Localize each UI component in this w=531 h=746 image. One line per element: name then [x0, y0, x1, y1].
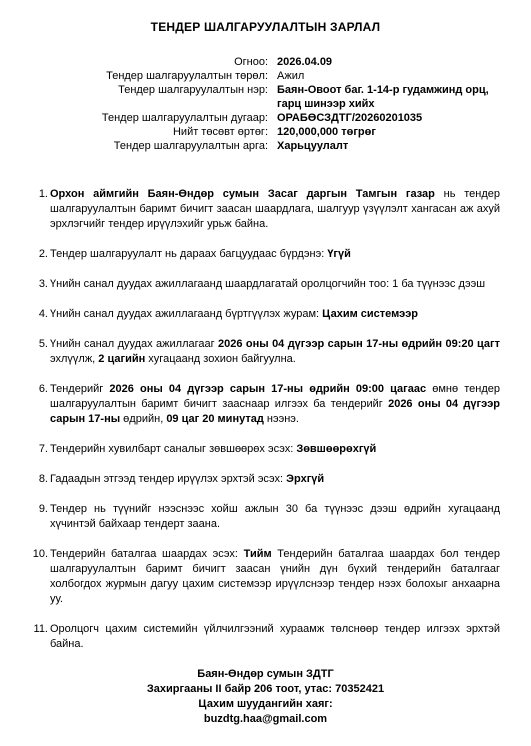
item-number: 9.	[31, 502, 48, 532]
item-text-segment: Тендер шалгаруулалт нь дараах багцуудаас…	[50, 248, 327, 260]
item-number: 4.	[31, 307, 48, 322]
item-text-segment: өдрийн,	[120, 413, 166, 425]
list-item: 2.Тендер шалгаруулалт нь дараах багцууда…	[31, 247, 500, 262]
item-text: Үнийн санал дуудах ажиллагаанд шаардлага…	[50, 277, 500, 292]
list-item: 1.Орхон аймгийн Баян-Өндөр сумын Засаг д…	[31, 187, 500, 232]
item-text: Оролцогч цахим системийн үйлчилгээний ху…	[50, 622, 500, 652]
item-text-segment: Тендерийг	[50, 383, 109, 395]
list-item: 10.Тендерийн баталгаа шаардах эсэх: Тийм…	[31, 547, 500, 607]
item-text-segment: Үнийн санал дуудах ажиллагааг	[50, 338, 218, 350]
item-text-segment: эхлүүлж,	[50, 353, 98, 365]
info-label: Тендер шалгаруулалтын дугаар:	[0, 111, 268, 125]
list-item: 3.Үнийн санал дуудах ажиллагаанд шаардла…	[31, 277, 500, 292]
list-item: 11.Оролцогч цахим системийн үйлчилгээний…	[31, 622, 500, 652]
list-item: 6.Тендерийг 2026 оны 04 дүгээр сарын 17-…	[31, 382, 500, 427]
list-item: 9.Тендер нь түүнийг нээснээс хойш ажлын …	[31, 502, 500, 532]
item-text-bold-segment: 2026 оны 04 дүгээр сарын 17-ны өдрийн 09…	[109, 383, 426, 395]
item-number: 1.	[31, 187, 48, 232]
document-page: ТЕНДЕР ШАЛГАРУУЛАЛТЫН ЗАРЛАЛ Огноо:2026.…	[0, 0, 531, 727]
item-number: 5.	[31, 337, 48, 367]
info-value: Ажил	[277, 69, 508, 83]
item-number: 10.	[31, 547, 48, 607]
footer-line: Цахим шуудангийн хаяг:	[0, 697, 531, 712]
info-label: Тендер шалгаруулалтын арга:	[0, 139, 268, 153]
item-text: Тендер шалгаруулалт нь дараах багцуудаас…	[50, 247, 500, 262]
footer-line: Баян-Өндөр сумын ЗДТГ	[0, 667, 531, 682]
item-number: 2.	[31, 247, 48, 262]
item-text: Тендерийг 2026 оны 04 дүгээр сарын 17-ны…	[50, 382, 500, 427]
item-number: 3.	[31, 277, 48, 292]
item-text: Гадаадын этгээд тендер ирүүлэх эрхтэй эс…	[50, 472, 500, 487]
page-title: ТЕНДЕР ШАЛГАРУУЛАЛТЫН ЗАРЛАЛ	[0, 20, 531, 35]
item-number: 6.	[31, 382, 48, 427]
item-number: 11.	[31, 622, 48, 652]
item-text-segment: Тендерийн хувилбарт саналыг зөвшөөрөх эс…	[50, 443, 296, 455]
item-text: Орхон аймгийн Баян-Өндөр сумын Засаг дар…	[50, 187, 500, 232]
item-text-bold-segment: 09 цаг 20 минутад	[166, 413, 264, 425]
item-number: 8.	[31, 472, 48, 487]
info-label: Тендер шалгаруулалтын нэр:	[0, 83, 268, 111]
info-table: Огноо:2026.04.09Тендер шалгаруулалтын тө…	[0, 55, 531, 153]
item-text-segment: Үнийн санал дуудах ажиллагаанд шаардлага…	[50, 278, 485, 290]
list-item: 4.Үнийн санал дуудах ажиллагаанд бүртгүү…	[31, 307, 500, 322]
item-text-segment: Оролцогч цахим системийн үйлчилгээний ху…	[50, 623, 500, 650]
item-text-bold-segment: Үгүй	[327, 248, 351, 260]
list-item: 8.Гадаадын этгээд тендер ирүүлэх эрхтэй …	[31, 472, 500, 487]
item-text: Тендер нь түүнийг нээснээс хойш ажлын 30…	[50, 502, 500, 532]
info-label: Нийт төсөвт өртөг:	[0, 125, 268, 139]
item-text-bold-segment: Зөвшөөрөхгүй	[296, 443, 376, 455]
info-label: Огноо:	[0, 55, 268, 69]
item-text-segment: Үнийн санал дуудах ажиллагаанд бүртгүүлэ…	[50, 308, 322, 320]
item-text-bold-segment: 2 цагийн	[98, 353, 145, 365]
footer-line: Захиргааны II байр 206 тоот, утас: 70352…	[0, 682, 531, 697]
info-value: 120,000,000 төгрөг	[277, 125, 508, 139]
footer-block: Баян-Өндөр сумын ЗДТГЗахиргааны II байр …	[0, 667, 531, 727]
item-text-bold-segment: Тийм	[244, 548, 272, 560]
footer-line: buzdtg.haa@gmail.com	[0, 712, 531, 727]
info-value: 2026.04.09	[277, 55, 508, 69]
info-label: Тендер шалгаруулалтын төрөл:	[0, 69, 268, 83]
item-text-bold-segment: 2026 оны 04 дүгээр сарын 17-ны өдрийн 09…	[218, 338, 500, 350]
item-text-bold-segment: Эрхгүй	[286, 473, 324, 485]
list-item: 5.Үнийн санал дуудах ажиллагааг 2026 оны…	[31, 337, 500, 367]
item-text-bold-segment: Орхон аймгийн Баян-Өндөр сумын Засаг дар…	[50, 188, 435, 200]
info-value: ОРАБӨСЗДТГ/20260201035	[277, 111, 508, 125]
item-text-segment: хугацаанд зохион байгуулна.	[145, 353, 296, 365]
item-text: Үнийн санал дуудах ажиллагааг 2026 оны 0…	[50, 337, 500, 367]
item-number: 7.	[31, 442, 48, 457]
item-text-segment: Тендер нь түүнийг нээснээс хойш ажлын 30…	[50, 503, 500, 530]
item-text-segment: Тендерийн баталгаа шаардах эсэх:	[50, 548, 244, 560]
info-value: Харьцуулалт	[277, 139, 508, 153]
item-text-segment: Гадаадын этгээд тендер ирүүлэх эрхтэй эс…	[50, 473, 286, 485]
info-value: Баян-Овоот баг. 1-14-р гудамжинд орц, га…	[277, 83, 508, 111]
item-text-bold-segment: Цахим системээр	[322, 308, 418, 320]
item-text: Үнийн санал дуудах ажиллагаанд бүртгүүлэ…	[50, 307, 500, 322]
item-text: Тендерийн баталгаа шаардах эсэх: Тийм Те…	[50, 547, 500, 607]
list-item: 7.Тендерийн хувилбарт саналыг зөвшөөрөх …	[31, 442, 500, 457]
item-text-segment: нээнэ.	[264, 413, 299, 425]
item-text: Тендерийн хувилбарт саналыг зөвшөөрөх эс…	[50, 442, 500, 457]
tender-list: 1.Орхон аймгийн Баян-Өндөр сумын Засаг д…	[0, 187, 531, 652]
